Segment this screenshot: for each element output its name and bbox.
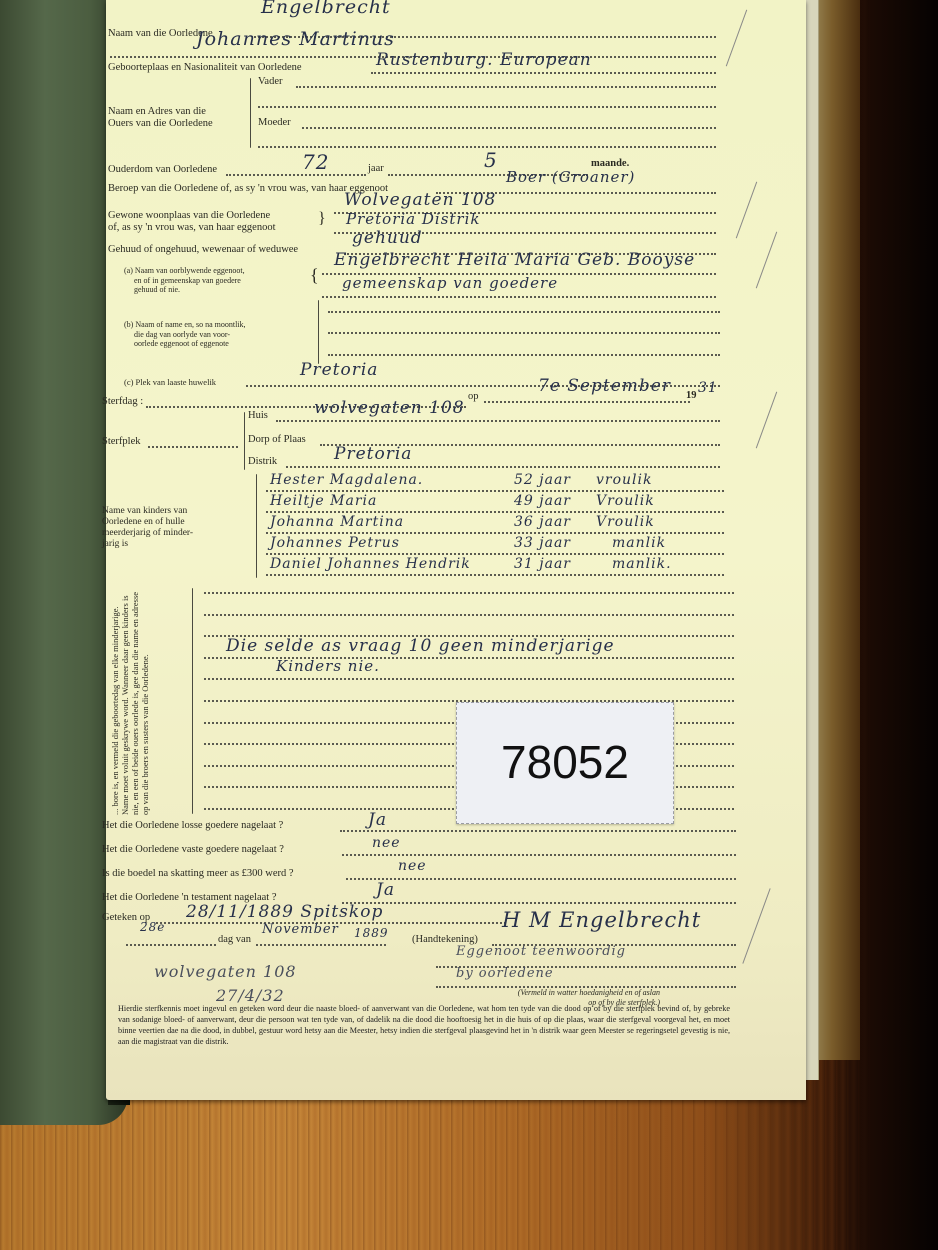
dotted-line — [371, 72, 716, 74]
pencil-annotation-address: wolvegaten 108 — [154, 962, 297, 981]
dotted-line — [286, 466, 720, 468]
dotted-line — [342, 854, 736, 856]
child-name: Daniel Johannes Hendrik — [270, 556, 471, 572]
dotted-line — [204, 678, 734, 680]
dotted-line — [340, 830, 736, 832]
will-value: Ja — [376, 880, 395, 900]
predeceased-brace — [318, 300, 319, 364]
day-of-label: dag van — [218, 934, 251, 945]
child-age: 31 jaar — [514, 556, 571, 572]
children-label: Name van kinders van Oorledene en of hul… — [102, 506, 252, 550]
dotted-line — [204, 592, 734, 594]
spouse-line2: gemeenskap van goedere — [342, 274, 558, 292]
marital-value: gehuud — [352, 228, 423, 248]
child-age: 49 jaar — [514, 493, 571, 509]
pencil-check-mark — [756, 232, 777, 289]
parents-brace — [250, 78, 251, 148]
child-gender: Vroulik — [596, 493, 655, 509]
reference-label: 78052 — [456, 702, 674, 824]
residence-label-1: Gewone woonplaas van die Oorledene — [108, 210, 270, 221]
dotted-line — [256, 944, 386, 946]
spouse-line1: Engelbrecht Heila Maria Geb. Booyse — [334, 250, 695, 270]
pencil-check-mark — [742, 888, 770, 964]
dotted-line — [484, 401, 690, 403]
age-label: Ouderdom van Oorledene — [108, 164, 217, 175]
age-months-value: 5 — [484, 148, 498, 172]
spouse-brace: { — [310, 265, 319, 286]
immovable-label: Het die Oorledene vaste goedere nagelaat… — [102, 844, 284, 855]
death-year-prefix: 19 — [686, 390, 697, 401]
child-age: 33 jaar — [514, 535, 571, 551]
predeceased-label-1: (b) Naam of name en, so na moontlik, — [124, 320, 314, 330]
dotted-line — [204, 614, 734, 616]
predeceased-label-2: die dag van oorlyde van voor- — [124, 330, 314, 340]
dotted-line — [266, 574, 724, 576]
children-brace — [256, 474, 257, 578]
death-place-label: Sterfplek — [102, 436, 141, 447]
capacity-line2: by oorledene — [456, 966, 554, 981]
signed-month-value: November — [262, 922, 339, 937]
death-date-label: Sterfdag : — [102, 396, 143, 407]
spouse-label-1: (a) Naam van oorblywende eggenoot, — [124, 266, 314, 276]
occupation-value: Boer (Groaner) — [506, 168, 635, 186]
movable-value: Ja — [368, 810, 387, 830]
children-label-3: meerderjarig of minder- — [102, 528, 252, 539]
child-gender: manlik. — [612, 556, 672, 572]
capacity-line1: Eggenoot teenwoordig — [456, 944, 626, 959]
child-name: Heiltje Maria — [270, 493, 377, 509]
town-label: Dorp of Plaas — [248, 434, 306, 445]
child-name: Johanna Martina — [270, 514, 404, 530]
children-label-2: Oorledene en of hulle — [102, 517, 252, 528]
spouse-label: (a) Naam van oorblywende eggenoot, en of… — [124, 266, 314, 295]
dotted-line — [258, 106, 716, 108]
given-names-value: Johannes Martinus — [196, 28, 395, 50]
child-name: Johannes Petrus — [270, 535, 400, 551]
dotted-line — [126, 944, 216, 946]
estate-value: nee — [398, 858, 427, 874]
district-value: Pretoria — [334, 444, 412, 464]
marriage-place-value: Pretoria — [300, 360, 378, 380]
child-gender: Vroulik — [596, 514, 655, 530]
father-label: Vader — [258, 76, 283, 87]
death-date-value: 7e September — [538, 376, 671, 396]
dotted-line — [226, 174, 366, 176]
on-label: op — [468, 391, 479, 402]
dotted-line — [322, 296, 716, 298]
immovable-value: nee — [372, 835, 401, 851]
death-year-suffix: 31 — [698, 380, 718, 396]
father-line — [296, 86, 716, 88]
signed-year-value: 1889 — [354, 926, 389, 940]
capacity-note-1: (Vermeld in watter hoedanigheid en of as… — [484, 988, 660, 998]
child-name: Hester Magdalena. — [270, 472, 423, 488]
residence-line1: Wolvegaten 108 — [344, 190, 496, 210]
pencil-check-mark — [736, 182, 757, 239]
mother-label: Moeder — [258, 117, 291, 128]
signed-value: 28/11/1889 Spitskop — [186, 902, 383, 922]
minor-children-instruction: ... bore is, en vermeld die geboortedag … — [110, 590, 195, 815]
dotted-line — [266, 511, 724, 513]
dotted-line — [266, 553, 724, 555]
birthplace-label: Geboorteplaas en Nasionaliteit van Oorle… — [108, 62, 302, 73]
dotted-line — [328, 311, 720, 313]
dotted-line — [266, 490, 724, 492]
pencil-check-mark — [756, 392, 777, 449]
parents-label-2: Ouers van die Oorledene — [108, 118, 213, 129]
child-gender: manlik — [612, 535, 666, 551]
house-label: Huis — [248, 410, 268, 421]
child-age: 52 jaar — [514, 472, 571, 488]
dotted-line — [328, 354, 720, 356]
death-notice-form: Engelbrecht Naam van die Oorledene Johan… — [106, 0, 806, 1100]
marital-label: Gehuud of ongehuud, wewenaar of weduwee — [108, 244, 298, 255]
house-value: wolvegaten 108 — [314, 398, 465, 418]
signed-day-value: 28e — [140, 920, 165, 934]
spouse-label-3: gehuud of nie. — [124, 285, 314, 295]
minor-note-brace — [192, 588, 193, 814]
dotted-line — [328, 332, 720, 334]
age-years-value: 72 — [302, 150, 329, 174]
dotted-line — [276, 420, 720, 422]
predeceased-label-3: oorlede eggenoot of eggenote — [124, 339, 314, 349]
residence-brace: } — [318, 210, 326, 228]
child-gender: vroulik — [596, 472, 653, 488]
mother-line — [302, 127, 716, 129]
birthplace-value: Rustenburg. European — [376, 50, 592, 70]
minor-note-line2: Kinders nie. — [276, 657, 380, 675]
marriage-place-label: (c) Plek van laaste huwelik — [124, 378, 216, 388]
predeceased-label: (b) Naam of name en, so na moontlik, die… — [124, 320, 314, 349]
district-label: Distrik — [248, 456, 277, 467]
residence-line2: Pretoria Distrik — [346, 210, 480, 228]
dotted-line — [342, 902, 736, 904]
children-label-1: Name van kinders van — [102, 506, 252, 517]
death-place-brace — [244, 412, 245, 470]
child-age: 36 jaar — [514, 514, 571, 530]
children-label-4: jarig is — [102, 539, 252, 550]
pencil-check-mark — [726, 10, 747, 67]
dotted-line — [148, 446, 238, 448]
parents-label-1: Naam en Adres van die — [108, 106, 206, 117]
dotted-line — [346, 878, 736, 880]
spouse-label-2: en of in gemeenskap van goedere — [124, 276, 314, 286]
minor-note-line1: Die selde as vraag 10 geen minderjarige — [226, 636, 615, 656]
estate-label: Is die boedel na skatting meer as £300 w… — [102, 868, 294, 879]
reference-number: 78052 — [457, 703, 673, 821]
years-label: jaar — [368, 163, 384, 174]
surname-value: Engelbrecht — [261, 0, 391, 18]
residence-label-2: of, as sy 'n vrou was, van haar eggenoot — [108, 222, 276, 233]
dotted-line — [266, 532, 724, 534]
movable-label: Het die Oorledene losse goedere nagelaat… — [102, 820, 283, 831]
footer-instructions: Hierdie sterfkennis moet ingevul en gete… — [118, 1003, 730, 1047]
signature-value: H M Engelbrecht — [502, 908, 701, 932]
